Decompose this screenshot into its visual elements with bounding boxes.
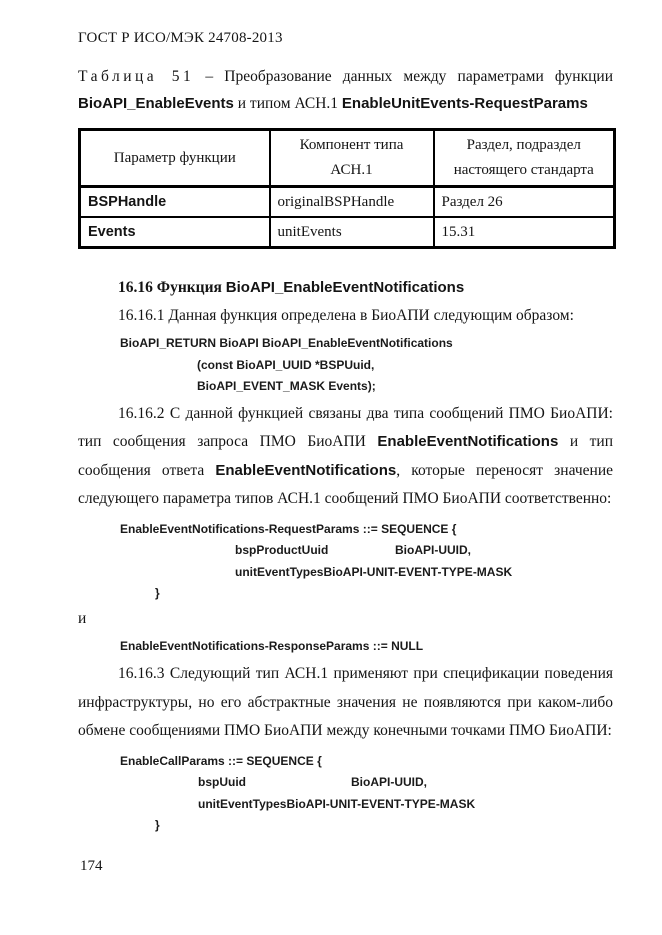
code-line: EnableCallParams ::= SEQUENCE { xyxy=(120,751,613,773)
param-cell: Events xyxy=(80,217,270,248)
table-header-component: Компонент типа АСН.1 xyxy=(270,130,434,187)
field-name: unitEventTypes xyxy=(198,797,286,811)
code-field-line: unitEventTypesBioAPI-UNIT-EVENT-TYPE-MAS… xyxy=(235,562,613,584)
document-page: ГОСТ Р ИСО/МЭК 24708-2013 Таблица 51 – П… xyxy=(0,0,662,935)
section-heading-function-name: BioAPI_EnableEventNotifications xyxy=(226,279,464,296)
field-name: bspProductUuid xyxy=(235,540,395,562)
section-cell: Раздел 26 xyxy=(434,187,615,218)
paragraph-16-16-2: 16.16.2 С данной функцией связаны два ти… xyxy=(78,400,613,514)
param-cell: BSPHandle xyxy=(80,187,270,218)
table-header-section: Раздел, подраздел настоящего стандарта xyxy=(434,130,615,187)
code-field-line: unitEventTypesBioAPI-UNIT-EVENT-TYPE-MAS… xyxy=(198,794,613,816)
code-line: } xyxy=(155,583,613,605)
paragraph-16-16-3: 16.16.3 Следующий тип АСН.1 применяют пр… xyxy=(78,660,613,746)
table-caption-middle-text: и типом АСН.1 xyxy=(238,95,338,112)
section-heading-number: 16.16 Функция xyxy=(118,279,222,296)
code-field-line: bspProductUuidBioAPI-UUID, xyxy=(235,540,613,562)
asn-enablecall-block: EnableCallParams ::= SEQUENCE { bspUuidB… xyxy=(78,751,613,837)
table-row: Events unitEvents 15.31 xyxy=(80,217,615,248)
table-caption-function-name: BioAPI_EnableEvents xyxy=(78,95,234,112)
table-caption-text: Преобразование данных между параметрами … xyxy=(224,68,613,85)
component-cell: originalBSPHandle xyxy=(270,187,434,218)
section-cell: 15.31 xyxy=(434,217,615,248)
code-line: EnableEventNotifications-RequestParams :… xyxy=(120,519,613,541)
code-declaration: BioAPI_RETURN BioAPI BioAPI_EnableEventN… xyxy=(78,333,613,398)
code-field-line: bspUuidBioAPI-UUID, xyxy=(198,772,613,794)
message-type-name: EnableEventNotifications xyxy=(377,433,558,450)
table-header-param: Параметр функции xyxy=(80,130,270,187)
table-caption-label: Таблица 51 xyxy=(78,68,194,85)
section-heading: 16.16 Функция BioAPI_EnableEventNotifica… xyxy=(118,279,613,297)
conjunction-text: и xyxy=(78,605,613,633)
asn-response-line: EnableEventNotifications-ResponseParams … xyxy=(78,636,613,658)
table-caption: Таблица 51 – Преобразование данных между… xyxy=(78,63,613,117)
table-header-row: Параметр функции Компонент типа АСН.1 Ра… xyxy=(80,130,615,187)
component-cell: unitEvents xyxy=(270,217,434,248)
paragraph-16-16-1: 16.16.1 Данная функция определена в БиоА… xyxy=(78,302,613,330)
page-number: 174 xyxy=(80,858,103,875)
table-caption-dash: – xyxy=(205,68,213,85)
field-type: BioAPI-UUID, xyxy=(351,775,427,789)
table-row: BSPHandle originalBSPHandle Раздел 26 xyxy=(80,187,615,218)
page-content: ГОСТ Р ИСО/МЭК 24708-2013 Таблица 51 – П… xyxy=(0,0,662,837)
code-line: (const BioAPI_UUID *BSPUuid, xyxy=(197,355,613,377)
field-name: unitEventTypes xyxy=(235,565,323,579)
code-line: } xyxy=(155,815,613,837)
field-type: BioAPI-UUID, xyxy=(395,543,471,557)
code-line: BioAPI_EVENT_MASK Events); xyxy=(197,376,613,398)
code-line: EnableEventNotifications-ResponseParams … xyxy=(120,636,613,658)
doc-header: ГОСТ Р ИСО/МЭК 24708-2013 xyxy=(78,0,613,47)
code-line: BioAPI_RETURN BioAPI BioAPI_EnableEventN… xyxy=(120,333,613,355)
message-type-name: EnableEventNotifications xyxy=(215,462,396,479)
field-name: bspUuid xyxy=(198,772,351,794)
conversion-table: Параметр функции Компонент типа АСН.1 Ра… xyxy=(78,128,616,249)
table-caption-type-name: EnableUnitEvents-RequestParams xyxy=(342,95,588,112)
asn-request-block: EnableEventNotifications-RequestParams :… xyxy=(78,519,613,605)
field-type: BioAPI-UNIT-EVENT-TYPE-MASK xyxy=(323,565,512,579)
field-type: BioAPI-UNIT-EVENT-TYPE-MASK xyxy=(286,797,475,811)
